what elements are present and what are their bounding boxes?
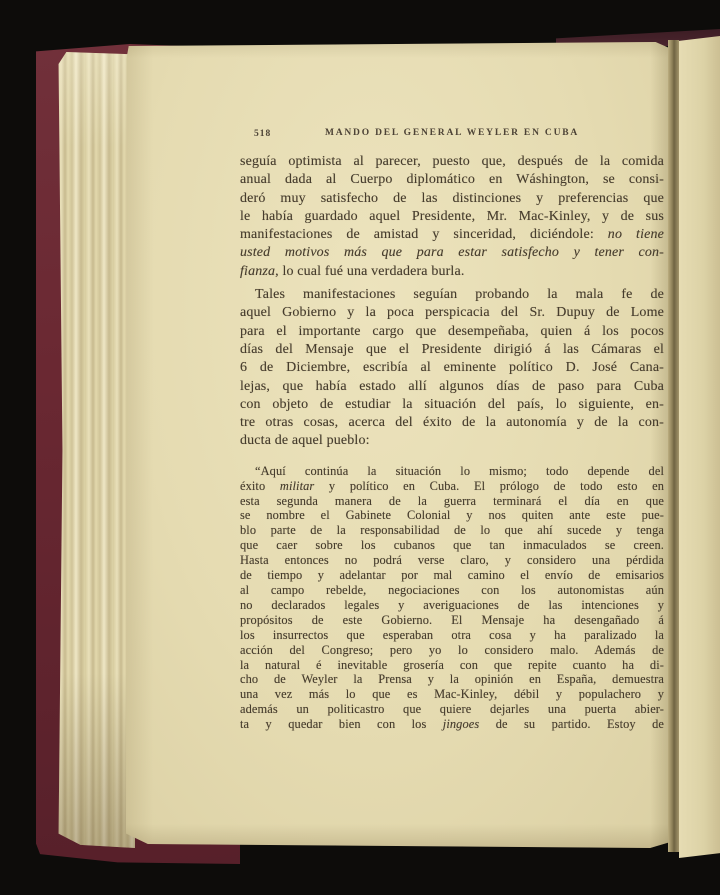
paragraph-2: Tales manifestaciones seguían probando l… (240, 286, 664, 451)
text-line: los insurrectos que esperaban otra cosa … (240, 628, 664, 643)
text-line: Tales manifestaciones seguían probando l… (240, 286, 664, 304)
text-segment: usted motivos más que para estar satisfe… (240, 245, 664, 260)
text-line: propósitos de este Gobierno. El Mensaje … (240, 613, 664, 628)
facing-page-edge (679, 36, 720, 858)
text-line: “Aquí continúa la situación lo mismo; to… (240, 464, 664, 479)
text-segment: Hasta entonces no podrá verse claro, y c… (240, 553, 664, 567)
text-segment: esta segunda manera de la guerra termina… (240, 494, 664, 508)
text-line: al campo rebelde, negociaciones con los … (240, 583, 664, 598)
text-line: con objeto de estudiar la situación del … (240, 396, 664, 414)
text-line: días del Mensaje que el Presidente dirig… (240, 341, 664, 359)
text-line: lejas, que había estado allí algunos día… (240, 378, 664, 396)
text-segment: acción del Congreso; pero yo lo consider… (240, 643, 664, 657)
text-line: manifestaciones de amistad y sinceridad,… (240, 226, 664, 244)
text-line: para el importante cargo que desempeñaba… (240, 323, 664, 341)
text-line: ducta de aquel pueblo: (240, 432, 664, 450)
text-line: además un politicastro que quiere dejarl… (240, 702, 664, 717)
text-line: tre otras cosas, acerca del éxito de la … (240, 414, 664, 432)
book-scan-photo: { "colors": { "background": "#0d0c0a", "… (0, 0, 720, 895)
text-segment: para el importante cargo que desempeñaba… (240, 324, 664, 339)
text-line: la natural é inevitable grosería con que… (240, 658, 664, 673)
text-segment: aquel Gobierno y la poca perspicacia del… (240, 305, 664, 320)
paragraph-3-quote: “Aquí continúa la situación lo mismo; to… (240, 464, 664, 732)
running-header: 518 MANDO DEL GENERAL WEYLER EN CUBA (240, 128, 664, 142)
text-segment: una vez más lo que es Mac-Kinley, débil … (240, 687, 664, 701)
text-segment: , lo cual fué una verdadera burla. (275, 264, 464, 279)
text-line: aquel Gobierno y la poca perspicacia del… (240, 304, 664, 322)
text-line: éxito militar y político en Cuba. El pró… (240, 479, 664, 494)
text-segment: “Aquí continúa la situación lo mismo; to… (255, 464, 664, 478)
page-number: 518 (254, 129, 271, 139)
text-segment: que caer sobre los cubanos que tan inmac… (240, 538, 664, 552)
text-segment: jingoes (443, 717, 480, 731)
text-line: seguía optimista al parecer, puesto que,… (240, 153, 664, 171)
text-segment: 6 de Diciembre, escribía al eminente pol… (240, 360, 664, 375)
text-line: de tiempo y adelantar por mal camino el … (240, 568, 664, 583)
text-line: cho de Weyler la Prensa y la opinión en … (240, 672, 664, 687)
page-fore-edges (57, 52, 135, 848)
text-segment: además un politicastro que quiere dejarl… (240, 702, 664, 716)
text-segment: deró muy satisfecho de las distinciones … (240, 191, 664, 206)
text-segment: le había guardado aquel Presidente, Mr. … (240, 209, 664, 224)
text-segment: con objeto de estudiar la situación del … (240, 397, 664, 412)
text-segment: Tales manifestaciones seguían probando l… (255, 287, 664, 302)
text-segment: lejas, que había estado allí algunos día… (240, 379, 664, 394)
text-segment: días del Mensaje que el Presidente dirig… (240, 342, 664, 357)
text-segment: no declarados legales y averiguaciones d… (240, 598, 664, 612)
text-segment: seguía optimista al parecer, puesto que,… (240, 154, 664, 169)
text-segment: los insurrectos que esperaban otra cosa … (240, 628, 664, 642)
text-segment: tre otras cosas, acerca del éxito de la … (240, 415, 664, 430)
text-segment: blo parte de la responsabilidad de lo qu… (240, 523, 664, 537)
text-line: anual dada al Cuerpo diplomático en Wásh… (240, 171, 664, 189)
text-line: acción del Congreso; pero yo lo consider… (240, 643, 664, 658)
text-column: seguía optimista al parecer, puesto que,… (240, 153, 664, 732)
text-segment: anual dada al Cuerpo diplomático en Wásh… (240, 172, 664, 187)
text-segment: ta y quedar bien con los (240, 717, 443, 731)
text-line: no declarados legales y averiguaciones d… (240, 598, 664, 613)
text-segment: al campo rebelde, negociaciones con los … (240, 583, 664, 597)
text-segment: y político en Cuba. El prólogo de todo e… (314, 479, 664, 493)
text-segment: fianza (240, 264, 275, 279)
text-line: que caer sobre los cubanos que tan inmac… (240, 538, 664, 553)
text-line: esta segunda manera de la guerra termina… (240, 494, 664, 509)
text-segment: éxito (240, 479, 280, 493)
text-line: blo parte de la responsabilidad de lo qu… (240, 523, 664, 538)
text-segment: de tiempo y adelantar por mal camino el … (240, 568, 664, 582)
text-line: Hasta entonces no podrá verse claro, y c… (240, 553, 664, 568)
text-segment: no tiene (608, 227, 664, 242)
text-segment: la natural é inevitable grosería con que… (240, 658, 664, 672)
text-line: deró muy satisfecho de las distinciones … (240, 190, 664, 208)
text-line: se nombre el Gabinete Colonial y nos qui… (240, 508, 664, 523)
text-segment: de su partido. Estoy de (479, 717, 664, 731)
paragraph-1: seguía optimista al parecer, puesto que,… (240, 153, 664, 281)
text-line: 6 de Diciembre, escribía al eminente pol… (240, 359, 664, 377)
text-segment: manifestaciones de amistad y sinceridad,… (240, 227, 608, 242)
text-segment: ducta de aquel pueblo: (240, 433, 370, 448)
text-segment: propósitos de este Gobierno. El Mensaje … (240, 613, 664, 627)
text-line: usted motivos más que para estar satisfe… (240, 244, 664, 262)
text-segment: militar (280, 479, 314, 493)
page-gutter (668, 40, 679, 852)
text-segment: cho de Weyler la Prensa y la opinión en … (240, 672, 664, 686)
text-segment: se nombre el Gabinete Colonial y nos qui… (240, 508, 664, 522)
running-header-title: MANDO DEL GENERAL WEYLER EN CUBA (240, 128, 664, 138)
text-line: ta y quedar bien con los jingoes de su p… (240, 717, 664, 732)
text-line: le había guardado aquel Presidente, Mr. … (240, 208, 664, 226)
text-line: fianza, lo cual fué una verdadera burla. (240, 263, 664, 281)
text-line: una vez más lo que es Mac-Kinley, débil … (240, 687, 664, 702)
